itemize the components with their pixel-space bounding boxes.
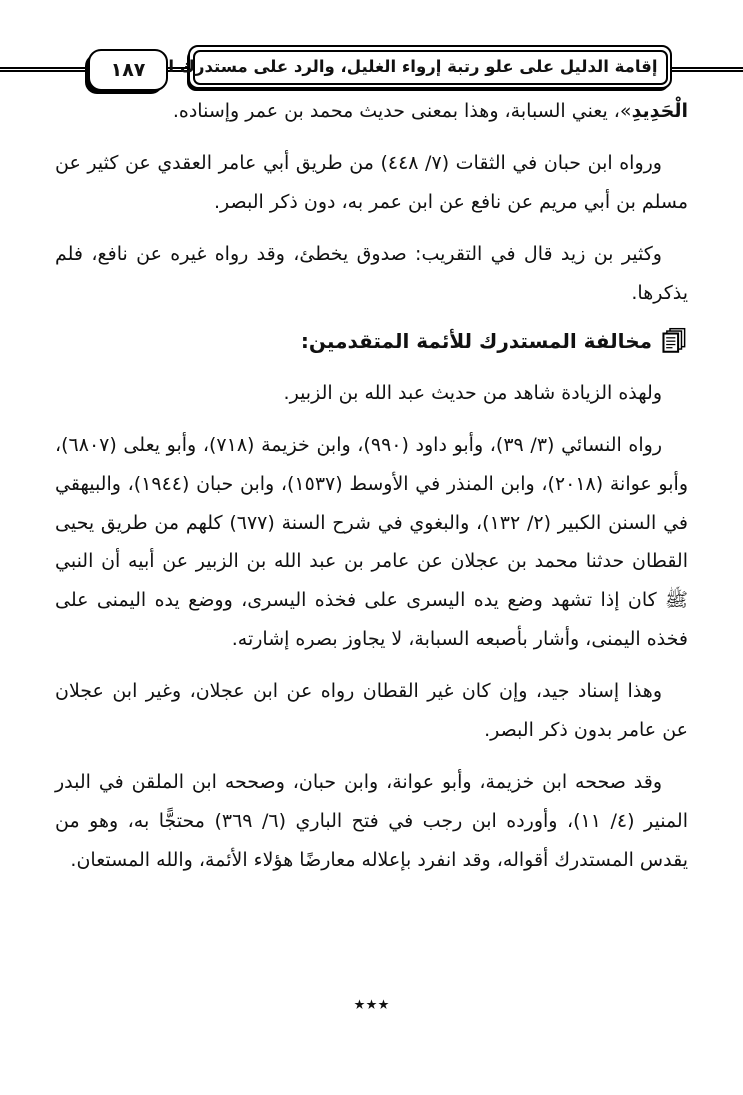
- paragraph: وكثير بن زيد قال في التقريب: صدوق يخطئ، …: [55, 235, 688, 313]
- book-title-box: إقامة الدليل على علو رتبة إرواء الغليل، …: [188, 45, 672, 89]
- footer-ornament: ٭٭٭: [0, 992, 743, 1017]
- paragraph: وهذا إسناد جيد، وإن كان غير القطان رواه …: [55, 672, 688, 750]
- paragraph: رواه النسائي (٣/ ٣٩)، وأبو داود (٩٩٠)، و…: [55, 426, 688, 660]
- paragraph: ورواه ابن حبان في الثقات (٧/ ٤٤٨) من طري…: [55, 144, 688, 222]
- quoted-word: الْحَدِيدِ: [632, 100, 688, 122]
- page-header: إقامة الدليل على علو رتبة إرواء الغليل، …: [0, 45, 743, 97]
- section-heading-text: مخالفة المستدرك للأئمة المتقدمين:: [301, 326, 652, 356]
- paragraph: ولهذه الزيادة شاهد من حديث عبد الله بن ا…: [55, 374, 688, 413]
- paragraph-opening: الْحَدِيدِ»، يعني السبابة، وهذا بمعنى حد…: [55, 92, 688, 131]
- book-page: إقامة الدليل على علو رتبة إرواء الغليل، …: [0, 0, 743, 1095]
- page-number-box: ١٨٧: [88, 49, 168, 91]
- section-heading: مخالفة المستدرك للأئمة المتقدمين:: [55, 326, 688, 356]
- page-body: الْحَدِيدِ»، يعني السبابة، وهذا بمعنى حد…: [55, 92, 688, 893]
- paragraph-opening-text: »، يعني السبابة، وهذا بمعنى حديث محمد بن…: [173, 100, 632, 122]
- paragraph: وقد صححه ابن خزيمة، وأبو عوانة، وابن حبا…: [55, 763, 688, 880]
- book-title: إقامة الدليل على علو رتبة إرواء الغليل، …: [193, 50, 668, 85]
- stacked-pages-icon: [661, 327, 688, 354]
- page-number: ١٨٧: [111, 59, 146, 81]
